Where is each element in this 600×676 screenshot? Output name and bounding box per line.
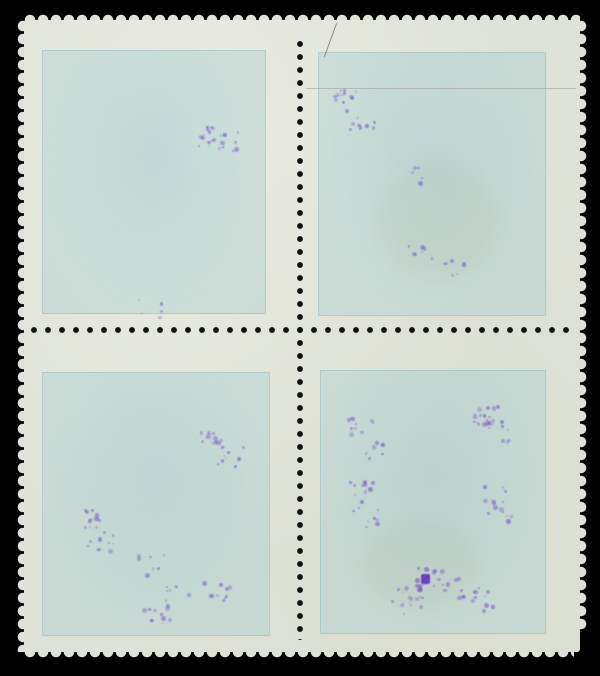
stamp-bottom-left-showthrough	[42, 372, 270, 636]
stamp-top-left-showthrough	[42, 50, 266, 314]
stamp-bottom-right-showthrough	[320, 370, 546, 634]
horizontal-perforation-line	[30, 326, 570, 334]
vertical-perforation-line	[296, 40, 304, 640]
horizontal-fold	[306, 88, 576, 89]
stamp-block-photo	[0, 0, 600, 676]
stamp-top-right-showthrough	[318, 52, 546, 316]
